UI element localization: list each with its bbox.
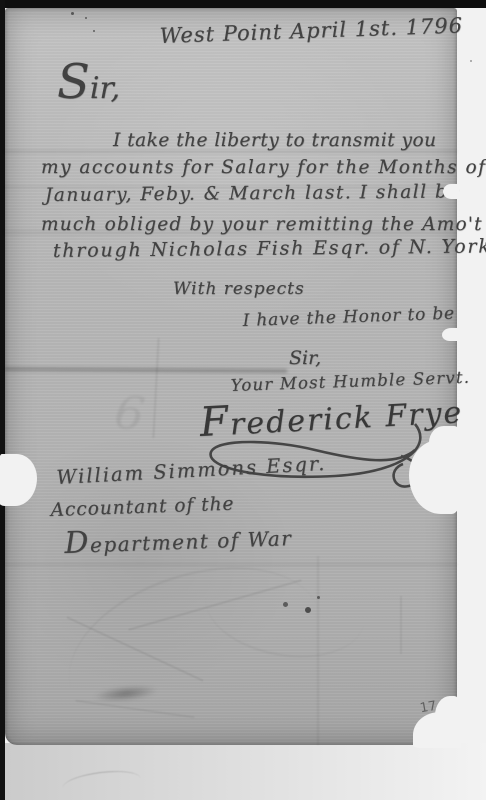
pencil-streak [400, 596, 402, 654]
pencil-streak [128, 579, 302, 631]
ghost-pencil-mark: 6 [111, 384, 148, 442]
body-line: much obliged by your remitting the Amo't [41, 214, 483, 235]
body-line: through Nicholas Fish Esqr. of N. York. [53, 235, 486, 262]
body-line: January, Feby. & March last. I shall be [45, 181, 461, 206]
pencil-streak [67, 616, 204, 681]
dust-speck [470, 60, 472, 62]
ink-bleed-arc [198, 551, 372, 669]
recipient-title: Accountant of the [50, 494, 235, 521]
closing-line: Sir, [289, 347, 321, 369]
fold-crease [5, 563, 457, 566]
ink-spot [317, 596, 320, 599]
body-line: my accounts for Salary for the Months of [41, 157, 486, 178]
pencil-streak [75, 700, 194, 719]
vertical-crease [317, 556, 319, 745]
scanned-letter-page: 6 West Point April 1st. 1796 Sir, I take… [0, 0, 486, 800]
paper-tear-corner [435, 696, 461, 730]
ink-spot [305, 607, 311, 613]
recipient-department: Department of War [64, 518, 293, 561]
ink-spot [283, 602, 288, 607]
ink-speck [85, 17, 87, 19]
body-line: I take the liberty to transmit you [113, 130, 437, 151]
scan-backing-bottom [5, 743, 486, 800]
salutation: Sir, [57, 54, 120, 110]
scan-frame-top [0, 0, 486, 8]
recipient-name: William Simmons Esqr. [56, 452, 327, 489]
edge-nick [442, 328, 459, 341]
edge-nick [443, 184, 459, 199]
pencil-streak [152, 338, 159, 438]
ink-speck [93, 30, 95, 32]
ink-bleed-arc [48, 538, 342, 763]
respects-line: With respects [173, 279, 305, 299]
paper-tear [409, 440, 461, 514]
dark-smudge [92, 683, 159, 705]
paper-tear-left [0, 454, 37, 506]
closing-line: I have the Honor to be [242, 304, 455, 331]
fold-crease-dark [5, 367, 287, 373]
ink-speck [71, 12, 74, 15]
dateline: West Point April 1st. 1796 [159, 13, 463, 48]
manuscript-paper: 6 West Point April 1st. 1796 Sir, I take… [5, 8, 457, 745]
